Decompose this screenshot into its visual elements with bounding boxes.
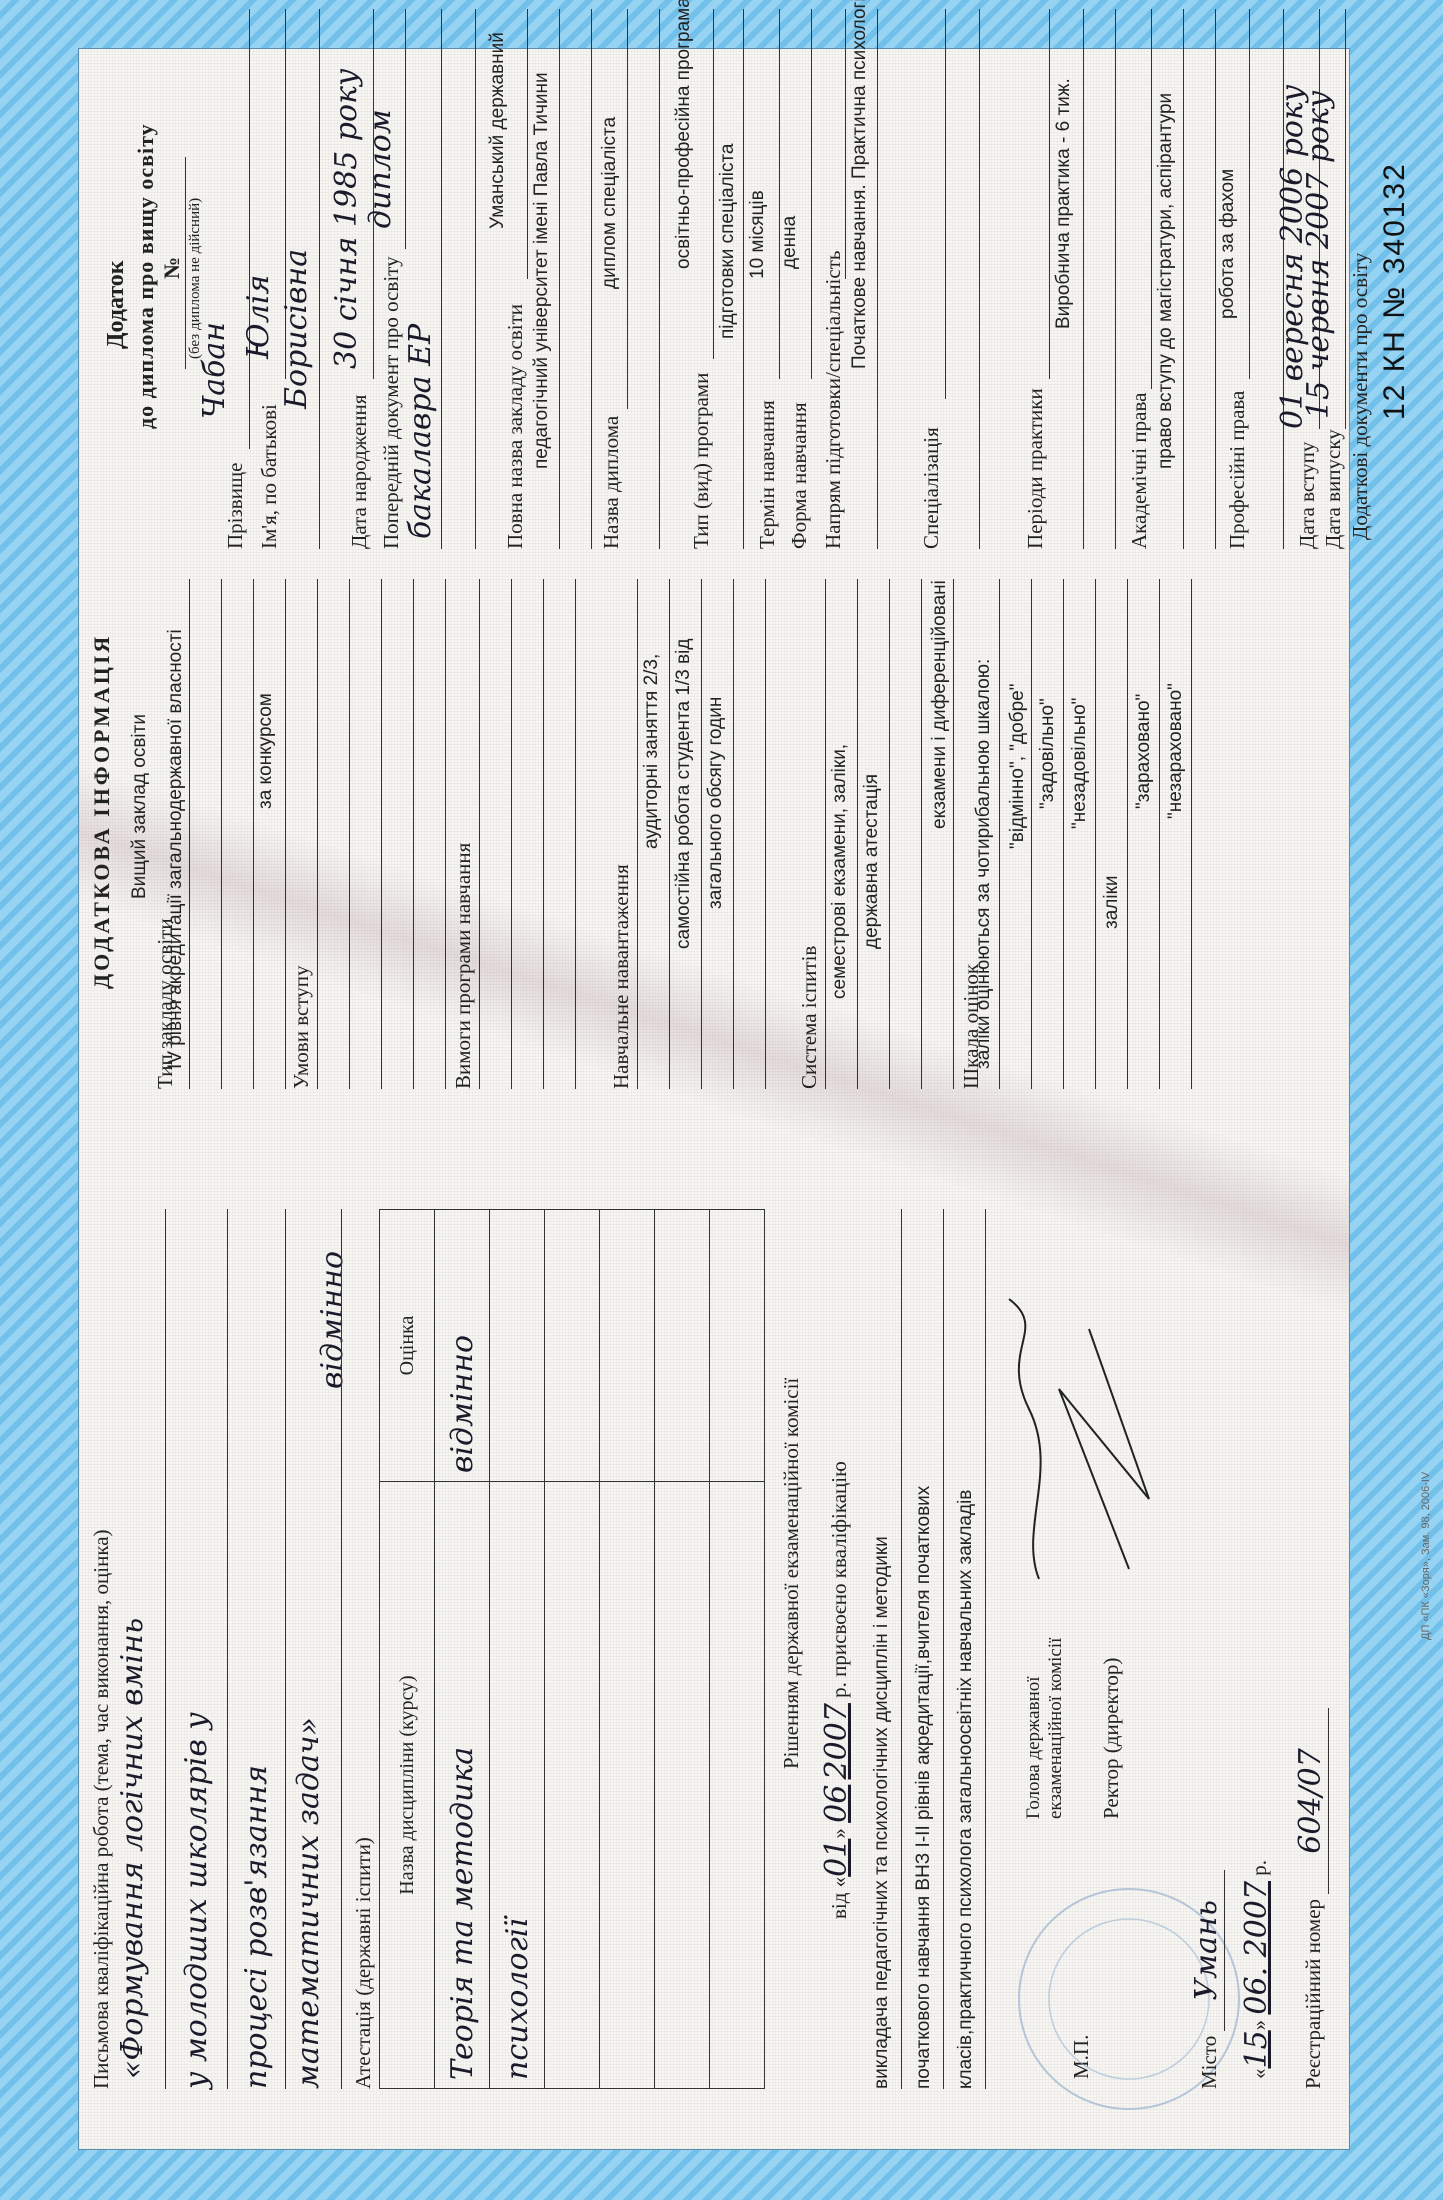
decision-month: 06: [819, 1785, 854, 1823]
study-form-value: денна: [779, 216, 801, 269]
academic-rights-label: Академічні права: [1127, 393, 1152, 549]
given-names-label: Ім'я, по батькові: [257, 404, 282, 549]
prev-doc-value-2: бакалавра ЕР: [403, 324, 438, 539]
institution-type-value-2: IV рівня акредитації загальнодержавної в…: [165, 629, 187, 1069]
decision-label: Рішенням державної екзаменаційної комісі…: [779, 1378, 804, 1769]
diploma-supplement-sheet: Письмова кваліфікаційна робота (тема, ча…: [0, 0, 1443, 2200]
thesis-line-4: математичних задач»: [291, 1717, 326, 2089]
col-grade-header: Оцінка: [380, 1210, 435, 1482]
exam-system-line-2: державна атестація: [861, 774, 883, 949]
additional-info-title: ДОДАТКОВА ІНФОРМАЦІЯ: [89, 634, 115, 989]
surname-label: Прізвище: [223, 463, 248, 549]
additional-docs-label: Додаткові документи про освіту: [1348, 253, 1373, 540]
duration-value: 10 місяців: [747, 190, 769, 279]
qualification-line-2: початкового навчання ВНЗ І-ІІ рівнів акр…: [913, 1486, 935, 2089]
diploma-name-label: Назва диплома: [599, 416, 624, 549]
rector-label: Ректор (директор): [1099, 1658, 1124, 1819]
table-row: [600, 1210, 655, 2089]
number-sign: №: [159, 157, 186, 369]
paper-area: Письмова кваліфікаційна робота (тема, ча…: [78, 48, 1350, 2150]
exam-system-label: Система іспитів: [797, 946, 822, 1089]
printer-mark: ДП «ПК «Зоря», Зам. 98, 2006-IV: [1420, 1472, 1432, 1640]
prev-doc-value-1: диплом: [363, 109, 398, 229]
workload-line-1: аудиторні заняття 2/3,: [641, 654, 663, 849]
thesis-grade: відмінно: [315, 1251, 350, 1389]
surname-value: Чабан: [197, 322, 232, 419]
admission-date-label: Дата вступу: [1295, 442, 1320, 549]
thesis-line-2: у молодших школярів у: [179, 1712, 214, 2089]
grading-scale-line-1: екзамени і диференційовані: [929, 580, 951, 829]
workload-line-3: загального обсягу годин: [705, 697, 727, 909]
col-course-header: Назва дисципліни (курсу): [380, 1482, 435, 2089]
given-name-value: Юлія: [241, 275, 276, 359]
attestation-label: Атестація (державні іспити): [351, 1837, 376, 2089]
thesis-label: Письмова кваліфікаційна робота (тема, ча…: [89, 1529, 114, 2089]
professional-rights-value: робота за фахом: [1217, 169, 1239, 319]
signature-icon: [999, 1289, 1199, 1589]
program-type-label: Тип (вид) програми: [689, 373, 714, 549]
qualification-line-3: класів,практичного психолога загальноосв…: [955, 1490, 977, 2089]
grading-scale-line-5: "незадовільно": [1069, 698, 1091, 829]
diploma-name-value: диплом спеціаліста: [599, 117, 621, 289]
practice-label: Періоди практики: [1023, 388, 1048, 549]
graduation-date-label: Дата випуску: [1321, 429, 1346, 549]
practice-value: Виробнича практика - 6 тиж.: [1053, 78, 1075, 329]
decision-year: 2007: [819, 1703, 854, 1779]
supplement-heading: Додаток: [103, 260, 130, 349]
field-label: Напрям підготовки/спеціальність: [821, 251, 846, 549]
professional-rights-label: Професійні права: [1225, 391, 1250, 549]
institution-value-2: педагогічний університет імені Павла Тич…: [531, 72, 553, 469]
institution-type-value-1: Вищий заклад освіти: [129, 714, 151, 899]
decision-date: від «01» 06 2007 р. присвоєно кваліфікац…: [819, 1461, 854, 1919]
serial-number: 12 КН № 340132: [1378, 162, 1412, 420]
issue-date: «15» 06. 2007 р.: [1239, 1860, 1274, 2079]
thesis-line-3: процесі розв'язання: [239, 1765, 274, 2089]
reg-number-value: 604/07: [1293, 1708, 1329, 1894]
graduation-date-value: 15 червня 2007 року: [1301, 91, 1336, 419]
specialization-label: Спеціалізація: [919, 427, 944, 549]
duration-label: Термін навчання: [755, 400, 780, 549]
grading-scale-line-4: "задовільно": [1037, 698, 1059, 809]
exam-system-line-1: семестрові екзамени, заліки,: [829, 744, 851, 999]
workload-line-2: самостійна робота студента 1/3 від: [673, 639, 695, 949]
city-value: Умань: [1189, 1870, 1225, 2031]
thesis-line-1: «Формування логічних вмінь: [115, 1618, 150, 2079]
program-type-value-2: підготовки спеціаліста: [717, 143, 739, 339]
city-label: Місто Умань: [1189, 1870, 1224, 2089]
patronymic-value: Борисівна: [279, 249, 314, 409]
attestation-table: Назва дисципліни (курсу) Оцінка Теорія т…: [379, 1209, 765, 2089]
supplement-subheading: до диплома про вищу освіту: [133, 123, 159, 429]
institution-label: Повна назва закладу освіти: [503, 304, 528, 549]
grading-scale-line-2: заліки оцінюються за чотирибальною шкало…: [973, 659, 995, 1069]
commission-head-label: Голова державної екзаменаційної комісії: [1023, 1619, 1067, 1819]
table-row: [545, 1210, 600, 2089]
prev-doc-label: Попередній документ про освіту: [379, 256, 404, 549]
grading-scale-line-3: "відмінно", "добре": [1007, 684, 1029, 849]
field-value: Початкове навчання. Практична психологія: [849, 0, 871, 369]
program-type-value-1: освітньо-професійна програма: [673, 0, 695, 269]
workload-label: Навчальне навантаження: [609, 864, 634, 1089]
decision-day: 01: [819, 1839, 854, 1877]
admission-conditions-label: Умови вступу: [289, 966, 314, 1089]
table-row: [710, 1210, 765, 2089]
birth-date-label: Дата народження: [347, 395, 372, 549]
reg-number: Реєстраційний номер 604/07: [1293, 1708, 1328, 2089]
program-requirements-label: Вимоги програми навчання: [451, 843, 476, 1089]
birth-date-value: 30 січня 1985 року: [329, 69, 364, 369]
table-row: [655, 1210, 710, 2089]
qualification-line-1: викладача педагогічних та психологічних …: [871, 1536, 893, 2089]
admission-conditions-value: за конкурсом: [255, 693, 277, 809]
grading-scale-line-6: заліки: [1101, 875, 1123, 929]
academic-rights-value: право вступу до магістратури, аспірантур…: [1155, 93, 1177, 469]
study-form-label: Форма навчання: [787, 402, 812, 549]
table-row: психології: [490, 1210, 545, 2089]
institution-value-1: Уманський державний: [487, 32, 509, 229]
table-row: Теорія та методикавідмінно: [435, 1210, 490, 2089]
grading-scale-line-7: "зараховано": [1133, 694, 1155, 809]
grading-scale-line-8: "незараховано": [1165, 683, 1187, 819]
